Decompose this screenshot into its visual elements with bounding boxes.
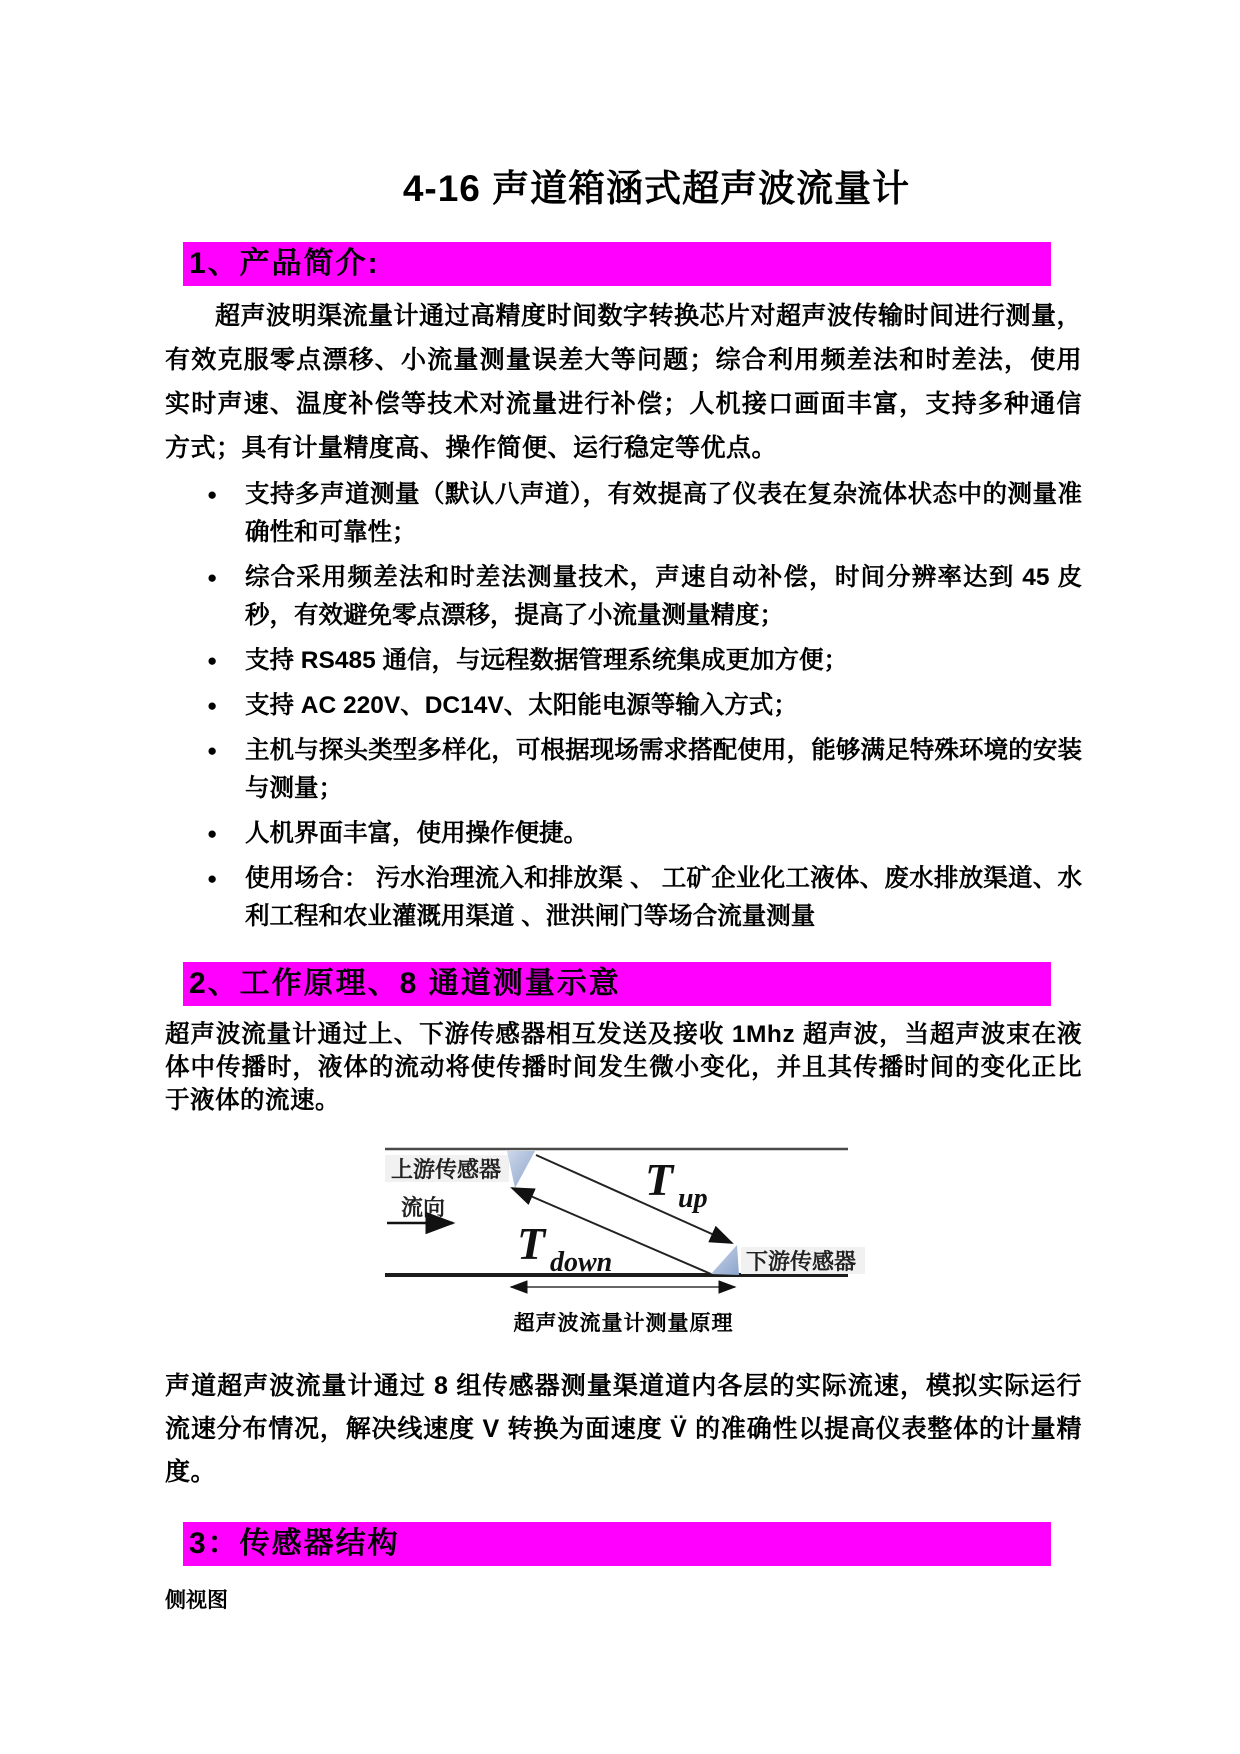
upstream-sensor-label: 上游传感器 (391, 1157, 501, 1182)
bullet-icon: ● (207, 476, 245, 552)
section-2-heading-bar: 2、工作原理、8 通道测量示意 (183, 962, 1051, 1006)
list-item: ● 使用场合： 污水治理流入和排放渠 、 工矿企业化工液体、废水排放渠道、水利工… (207, 860, 1082, 936)
downstream-sensor-label: 下游传感器 (746, 1249, 856, 1274)
list-item: ● 支持 AC 220V、DC14V、太阳能电源等输入方式； (207, 687, 1082, 725)
bullet-icon: ● (207, 815, 245, 853)
t-up-symbol: T (645, 1154, 675, 1205)
flow-measurement-diagram: 上游传感器 流向 T up T down 下游传感器 (165, 1143, 1082, 1295)
page-title: 4-16 声道箱涵式超声波流量计 (198, 0, 1115, 212)
list-item-text: 人机界面丰富，使用操作便捷。 (245, 815, 1082, 853)
list-item-text: 主机与探头类型多样化，可根据现场需求搭配使用，能够满足特殊环境的安装与测量； (245, 732, 1082, 808)
t-down-subscript: down (550, 1247, 612, 1278)
downstream-transducer (711, 1245, 739, 1275)
upstream-transducer (507, 1151, 535, 1188)
bullet-icon: ● (207, 687, 245, 725)
list-item-text: 综合采用频差法和时差法测量技术，声速自动补偿，时间分辨率达到 45 皮秒，有效避… (245, 559, 1082, 635)
multipath-paragraph: 声道超声波流量计通过 8 组传感器测量渠道道内各层的实际流速，模拟实际运行流速分… (165, 1365, 1082, 1494)
side-view-label: 侧视图 (165, 1584, 1082, 1614)
intro-paragraph: 超声波明渠流量计通过高精度时间数字转换芯片对超声波传输时间进行测量，有效克服零点… (165, 294, 1082, 470)
list-item: ● 支持 RS485 通信，与远程数据管理系统集成更加方便； (207, 642, 1082, 680)
list-item: ● 支持多声道测量（默认八声道），有效提高了仪表在复杂流体状态中的测量准确性和可… (207, 476, 1082, 552)
list-item: ● 主机与探头类型多样化，可根据现场需求搭配使用，能够满足特殊环境的安装与测量； (207, 732, 1082, 808)
list-item-text: 支持 AC 220V、DC14V、太阳能电源等输入方式； (245, 687, 1082, 725)
flow-direction-label: 流向 (401, 1195, 445, 1220)
feature-list: ● 支持多声道测量（默认八声道），有效提高了仪表在复杂流体状态中的测量准确性和可… (165, 476, 1082, 936)
bullet-icon: ● (207, 559, 245, 635)
content-column: 4-16 声道箱涵式超声波流量计 1、产品简介: 超声波明渠流量计通过高精度时间… (165, 0, 1082, 1614)
bullet-icon: ● (207, 732, 245, 808)
bullet-icon: ● (207, 860, 245, 936)
t-down-symbol: T (517, 1218, 547, 1269)
list-item-text: 使用场合： 污水治理流入和排放渠 、 工矿企业化工液体、废水排放渠道、水利工程和… (245, 860, 1082, 936)
section-3-heading-bar: 3：传感器结构 (183, 1522, 1051, 1566)
document-page: 4-16 声道箱涵式超声波流量计 1、产品简介: 超声波明渠流量计通过高精度时间… (0, 0, 1240, 1754)
list-item-text: 支持多声道测量（默认八声道），有效提高了仪表在复杂流体状态中的测量准确性和可靠性… (245, 476, 1082, 552)
list-item-text: 支持 RS485 通信，与远程数据管理系统集成更加方便； (245, 642, 1082, 680)
principle-paragraph: 超声波流量计通过上、下游传感器相互发送及接收 1Mhz 超声波，当超声波束在液体… (165, 1018, 1082, 1117)
diagram-caption: 超声波流量计测量原理 (165, 1307, 1082, 1337)
section-1-heading-bar: 1、产品简介: (183, 242, 1051, 286)
list-item: ● 综合采用频差法和时差法测量技术，声速自动补偿，时间分辨率达到 45 皮秒，有… (207, 559, 1082, 635)
t-up-subscript: up (678, 1183, 708, 1214)
list-item: ● 人机界面丰富，使用操作便捷。 (207, 815, 1082, 853)
bullet-icon: ● (207, 642, 245, 680)
